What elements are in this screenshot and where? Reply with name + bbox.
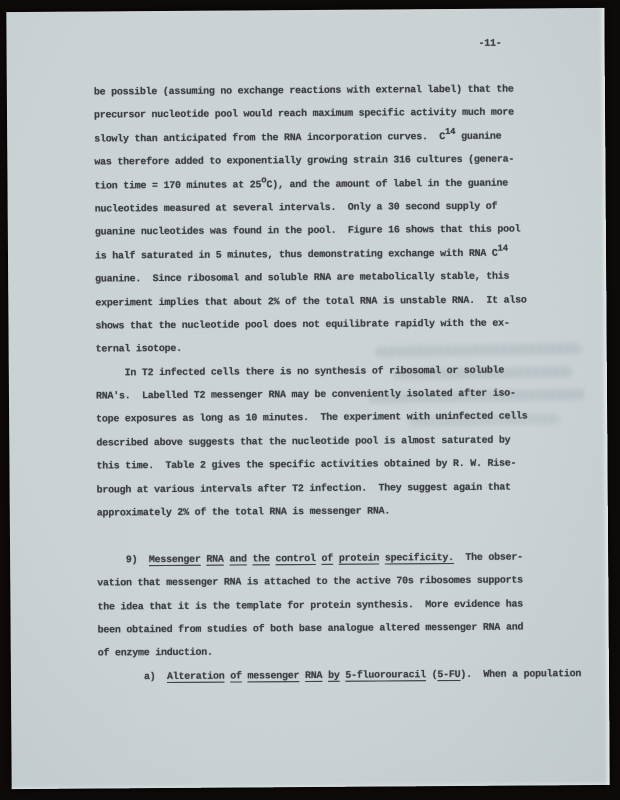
superscript-text: 14 (445, 127, 455, 137)
underlined-word: and (229, 554, 246, 565)
typed-line (97, 522, 588, 549)
typed-text: ( (426, 670, 438, 681)
typed-text: vation that messenger RNA is attached to… (97, 576, 523, 590)
typed-text: brough at various intervals after T2 inf… (97, 482, 511, 496)
typed-line: tope exposures as long as 10 minutes. Th… (96, 406, 587, 433)
typed-text: tion time = 170 minutes at 25 (94, 180, 261, 192)
typed-text: the idea that it is the template for pro… (97, 599, 523, 613)
typed-text: guanine (455, 131, 501, 142)
typed-text: The obser- (454, 552, 523, 563)
typed-text: ternal isotope. (96, 344, 182, 356)
underlined-word: messenger (247, 671, 299, 682)
typed-line: this time. Table 2 gives the specific ac… (96, 452, 587, 479)
typed-line: slowly than anticipated from the RNA inc… (94, 125, 585, 152)
underlined-word: Alteration (167, 671, 225, 682)
typed-text: described above suggests that the nucleo… (96, 435, 510, 449)
underlined-word: specificity. (385, 553, 454, 564)
typed-line: the idea that it is the template for pro… (97, 593, 588, 620)
typed-text: shows that the nucleotide pool does not … (95, 318, 509, 332)
typed-line: approximately 2% of the total RNA is mes… (97, 499, 588, 526)
typed-line: guanine. Since ribosomal and soluble RNA… (95, 265, 586, 292)
typed-line: described above suggests that the nucleo… (96, 429, 587, 456)
typed-line: was therefore added to exponentially gro… (94, 148, 585, 175)
typed-line: nucleotides measured at several interval… (95, 195, 586, 222)
underlined-word: of (322, 554, 334, 565)
typed-text: C), and the amount of label in the guani… (266, 178, 508, 191)
typed-text: nucleotides measured at several interval… (95, 202, 498, 216)
scan-background: -11- be possible (assuming no exchange r… (0, 0, 620, 800)
typed-line: In T2 infected cells there is no synthes… (96, 359, 587, 386)
typed-text: tope exposures as long as 10 minutes. Th… (96, 412, 527, 426)
typed-line: guanine nucleotides was found in the poo… (95, 218, 586, 245)
document-page: -11- be possible (assuming no exchange r… (6, 8, 609, 789)
typed-text: been obtained from studies of both base … (98, 622, 524, 636)
typed-line: a) Alteration of messenger RNA by 5-fluo… (98, 663, 589, 690)
underlined-word: RNA (206, 554, 223, 565)
typed-line: vation that messenger RNA is attached to… (97, 569, 588, 596)
underlined-word: the (252, 554, 269, 565)
typed-line: precursor nucleotide pool would reach ma… (94, 101, 585, 128)
underlined-word: of (230, 671, 242, 682)
typed-text: approximately 2% of the total RNA is mes… (97, 506, 390, 519)
typed-text: a) (98, 672, 167, 683)
typed-text: ). When a population (460, 669, 581, 681)
typed-text: this time. Table 2 gives the specific ac… (96, 459, 516, 473)
typed-line: experiment implies that about 2% of the … (95, 289, 586, 316)
typed-line: shows that the nucleotide pool does not … (95, 312, 586, 339)
typed-line: 9) Messenger RNA and the control of prot… (97, 546, 588, 573)
typed-line: ternal isotope. (96, 335, 587, 362)
underlined-word: 5-fluorouracil (345, 670, 426, 682)
superscript-text: 14 (498, 243, 508, 253)
typed-line: RNA's. Labelled T2 messenger RNA may be … (96, 382, 587, 409)
underlined-word: RNA (305, 671, 322, 682)
typed-text: was therefore added to exponentially gro… (94, 155, 514, 169)
typed-text: slowly than anticipated from the RNA inc… (94, 132, 445, 145)
typed-text: guanine nucleotides was found in the poo… (95, 225, 521, 239)
typed-text: be possible (assuming no exchange reacti… (94, 85, 514, 99)
typed-text: RNA's. Labelled T2 messenger RNA may be … (96, 389, 516, 403)
typed-line: brough at various intervals after T2 inf… (97, 476, 588, 503)
underlined-word: by (328, 671, 340, 682)
typed-text: guanine. Since ribosomal and soluble RNA… (95, 272, 509, 286)
typed-text: precursor nucleotide pool would reach ma… (94, 108, 514, 122)
superscript-text: o (261, 175, 266, 185)
typed-line: is half saturated in 5 minutes, thus dem… (95, 242, 586, 269)
typed-line: of enzyme induction. (98, 639, 589, 666)
typed-text: In T2 infected cells there is no synthes… (96, 365, 504, 379)
underlined-word: protein (339, 553, 379, 564)
typed-line: be possible (assuming no exchange reacti… (94, 78, 585, 105)
underlined-word: control (275, 554, 315, 565)
underlined-word: Messenger (149, 555, 201, 566)
typed-text: 9) (97, 555, 149, 566)
typed-text: experiment implies that about 2% of the … (95, 295, 526, 309)
typed-line: been obtained from studies of both base … (98, 616, 589, 643)
typed-text: of enzyme induction. (98, 648, 213, 660)
underlined-word: 5-FU (437, 670, 460, 681)
typed-line: tion time = 170 minutes at 25oC), and th… (94, 172, 585, 199)
typed-text-block: be possible (assuming no exchange reacti… (94, 78, 589, 690)
page-number: -11- (478, 39, 501, 50)
typed-text: is half saturated in 5 minutes, thus dem… (95, 248, 498, 262)
